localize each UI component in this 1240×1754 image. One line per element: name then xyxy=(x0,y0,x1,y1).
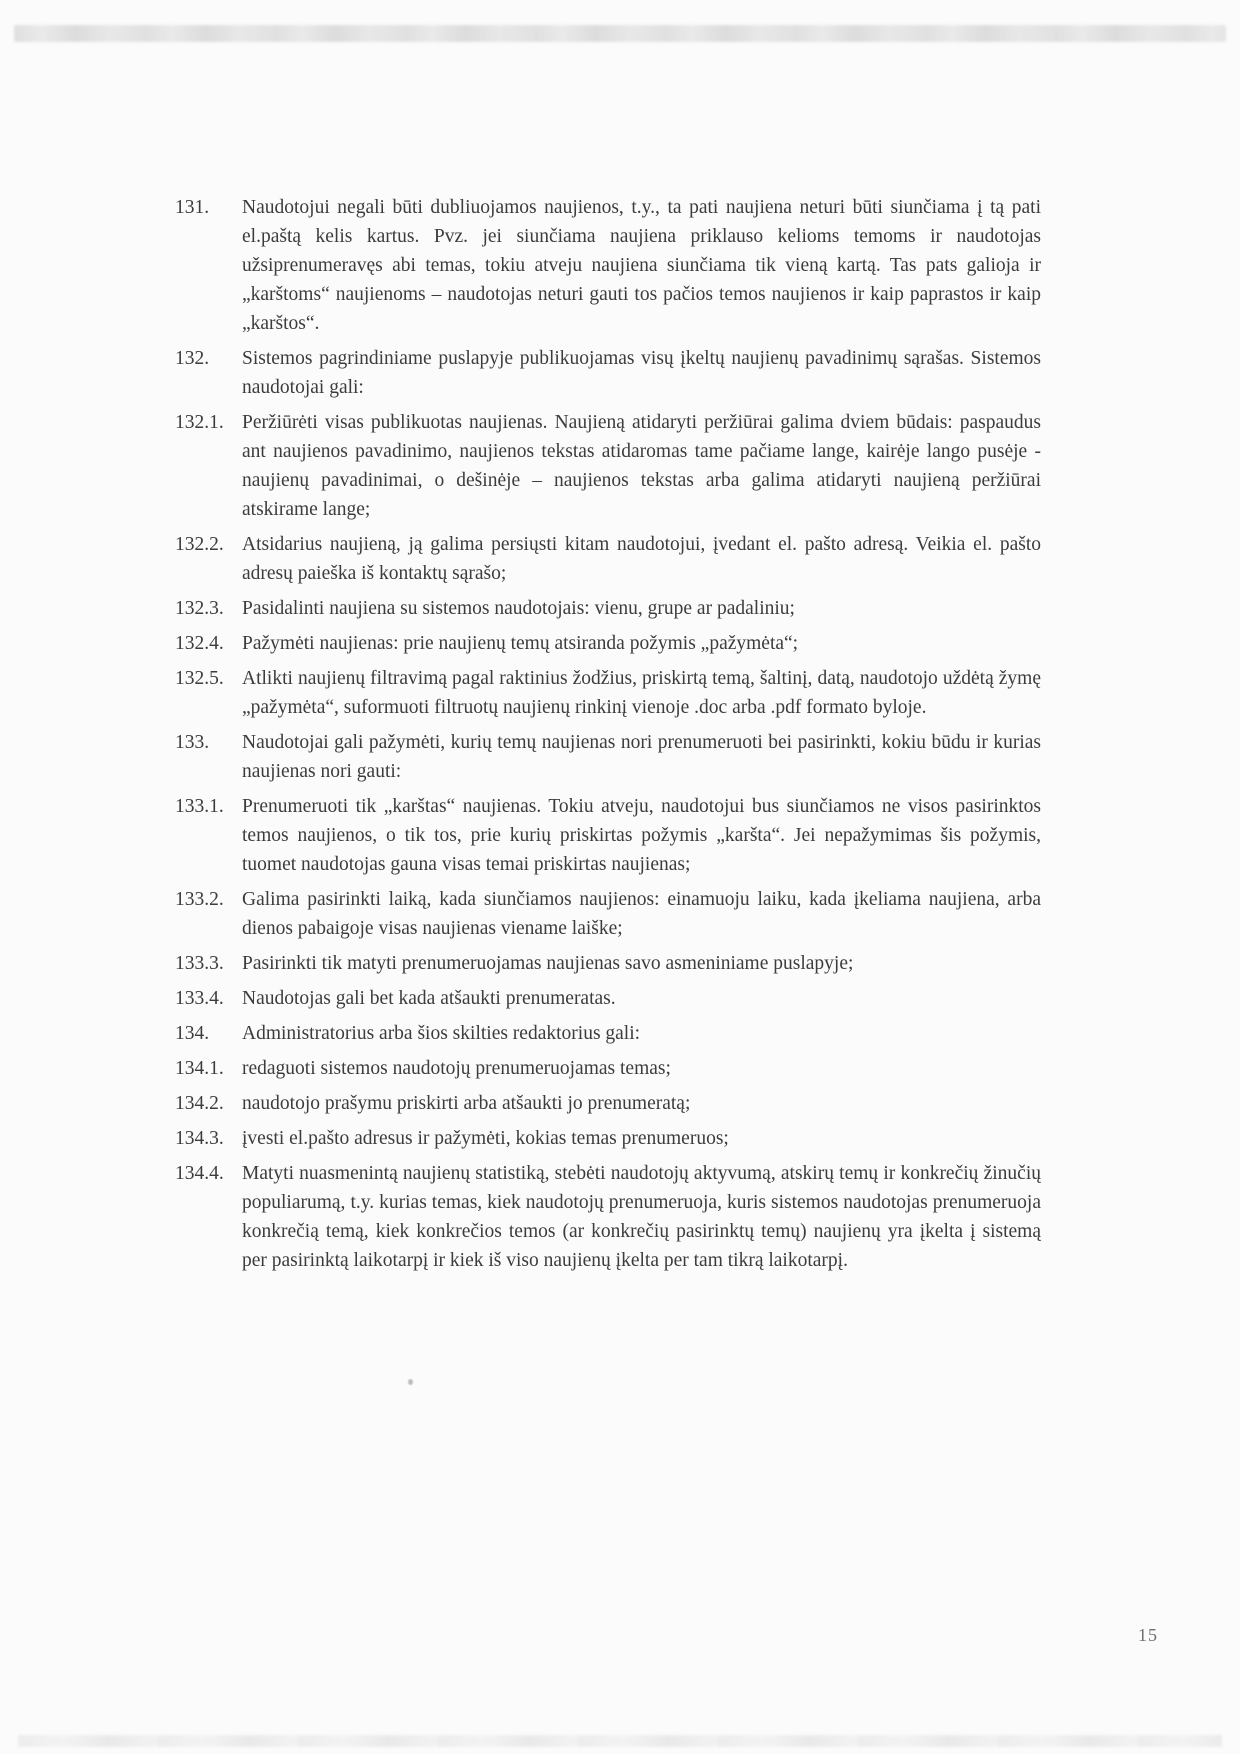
list-item: 132. Sistemos pagrindiniame puslapyje pu… xyxy=(175,344,1041,402)
item-text: Naudotojas gali bet kada atšaukti prenum… xyxy=(242,984,1041,1013)
item-number: 131. xyxy=(175,193,242,222)
item-number: 133.2. xyxy=(175,885,242,914)
item-number: 133.1. xyxy=(175,792,242,821)
item-text: Atsidarius naujieną, ją galima persiųsti… xyxy=(242,530,1041,588)
list-item: 133.4. Naudotojas gali bet kada atšaukti… xyxy=(175,984,1041,1013)
scan-artifact-top-band xyxy=(14,25,1226,42)
item-text: Matyti nuasmenintą naujienų statistiką, … xyxy=(242,1159,1041,1275)
item-text: įvesti el.pašto adresus ir pažymėti, kok… xyxy=(242,1124,1041,1153)
list-item: 133.2. Galima pasirinkti laiką, kada siu… xyxy=(175,885,1041,943)
item-text: Atlikti naujienų filtravimą pagal raktin… xyxy=(242,664,1041,722)
list-item: 134. Administratorius arba šios skilties… xyxy=(175,1019,1041,1048)
item-text: Prenumeruoti tik „karštas“ naujienas. To… xyxy=(242,792,1041,879)
document-body: 131. Naudotojui negali būti dubliuojamos… xyxy=(175,193,1041,1281)
list-item: 132.4. Pažymėti naujienas: prie naujienų… xyxy=(175,629,1041,658)
list-item: 134.4. Matyti nuasmenintą naujienų stati… xyxy=(175,1159,1041,1275)
item-number: 133.4. xyxy=(175,984,242,1013)
item-text: Naudotojui negali būti dubliuojamos nauj… xyxy=(242,193,1041,338)
item-number: 132.4. xyxy=(175,629,242,658)
list-item: 133. Naudotojai gali pažymėti, kurių tem… xyxy=(175,728,1041,786)
item-number: 132.3. xyxy=(175,594,242,623)
item-number: 132.1. xyxy=(175,408,242,437)
list-item: 131. Naudotojui negali būti dubliuojamos… xyxy=(175,193,1041,338)
item-text: Pasirinkti tik matyti prenumeruojamas na… xyxy=(242,949,1041,978)
item-number: 134.3. xyxy=(175,1124,242,1153)
list-item: 133.1. Prenumeruoti tik „karštas“ naujie… xyxy=(175,792,1041,879)
list-item: 134.2. naudotojo prašymu priskirti arba … xyxy=(175,1089,1041,1118)
item-text: Peržiūrėti visas publikuotas naujienas. … xyxy=(242,408,1041,524)
item-number: 133.3. xyxy=(175,949,242,978)
item-text: Pasidalinti naujiena su sistemos naudoto… xyxy=(242,594,1041,623)
item-text: Galima pasirinkti laiką, kada siunčiamos… xyxy=(242,885,1041,943)
item-number: 134.1. xyxy=(175,1054,242,1083)
item-text: Pažymėti naujienas: prie naujienų temų a… xyxy=(242,629,1041,658)
item-number: 132. xyxy=(175,344,242,373)
scan-artifact-speck xyxy=(408,1379,413,1385)
page-number: 15 xyxy=(1138,1624,1158,1646)
list-item: 132.1. Peržiūrėti visas publikuotas nauj… xyxy=(175,408,1041,524)
list-item: 132.3. Pasidalinti naujiena su sistemos … xyxy=(175,594,1041,623)
item-number: 132.5. xyxy=(175,664,242,693)
item-number: 134.2. xyxy=(175,1089,242,1118)
list-item: 133.3. Pasirinkti tik matyti prenumeruoj… xyxy=(175,949,1041,978)
item-number: 134. xyxy=(175,1019,242,1048)
item-number: 133. xyxy=(175,728,242,757)
list-item: 134.3. įvesti el.pašto adresus ir pažymė… xyxy=(175,1124,1041,1153)
item-text: redaguoti sistemos naudotojų prenumeruoj… xyxy=(242,1054,1041,1083)
item-number: 134.4. xyxy=(175,1159,242,1188)
item-text: naudotojo prašymu priskirti arba atšaukt… xyxy=(242,1089,1041,1118)
list-item: 132.5. Atlikti naujienų filtravimą pagal… xyxy=(175,664,1041,722)
item-text: Naudotojai gali pažymėti, kurių temų nau… xyxy=(242,728,1041,786)
scan-artifact-bottom-band xyxy=(18,1735,1222,1747)
item-number: 132.2. xyxy=(175,530,242,559)
item-text: Administratorius arba šios skilties reda… xyxy=(242,1019,1041,1048)
item-text: Sistemos pagrindiniame puslapyje publiku… xyxy=(242,344,1041,402)
list-item: 134.1. redaguoti sistemos naudotojų pren… xyxy=(175,1054,1041,1083)
list-item: 132.2. Atsidarius naujieną, ją galima pe… xyxy=(175,530,1041,588)
